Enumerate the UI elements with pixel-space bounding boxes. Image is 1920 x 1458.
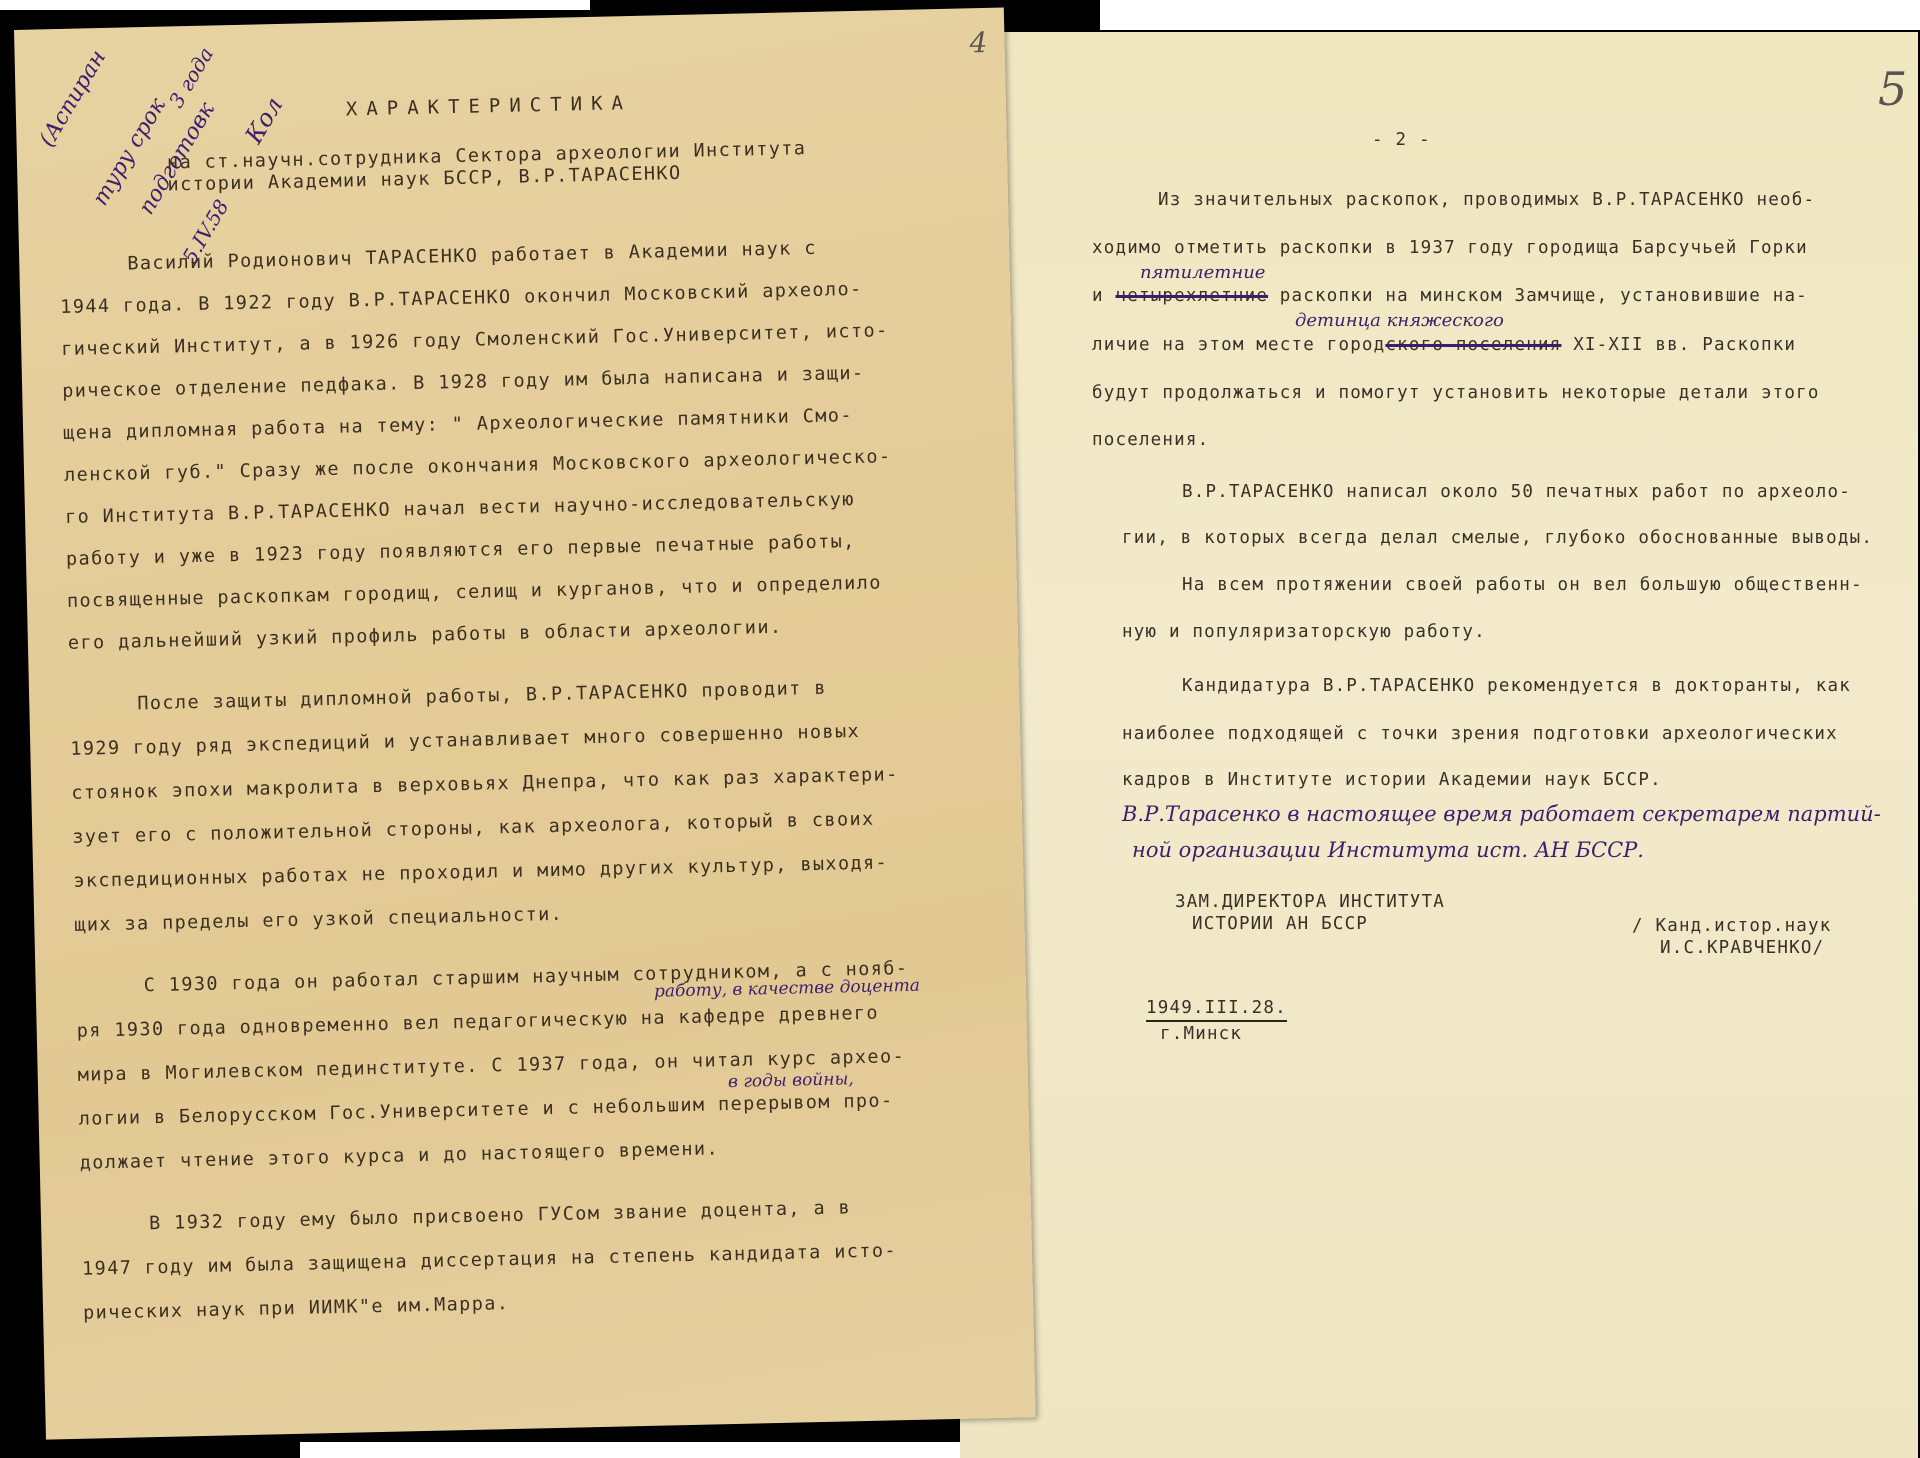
handwritten-note: В.Р.Тарасенко в настоящее время работает… <box>1122 804 1881 825</box>
body-line: будут продолжаться и помогут установить … <box>1092 385 1820 403</box>
body-line: работу и уже в 1923 году появляются его … <box>66 533 856 569</box>
body-line: рических наук при ИИМК"е им.Марра. <box>83 1295 510 1323</box>
handwritten-note: ной организации Института ист. АН БССР. <box>1132 840 1644 861</box>
body-line: ленской губ." Сразу же после окончания М… <box>64 448 892 485</box>
struck-word: ского поселения <box>1385 335 1561 355</box>
body-line: щих за пределы его узкой специальности. <box>74 906 563 936</box>
body-line: го Института В.Р.ТАРАСЕНКО начал вести н… <box>65 491 855 527</box>
document-page-left: 4 (Аспиран туру срок подготовк 3 года Ко… <box>14 8 1036 1440</box>
handwritten-insertion: работу, в качестве доцента <box>654 978 920 1001</box>
page-marker: - 2 - <box>1372 132 1431 150</box>
margin-resolution: 3 года <box>166 44 217 111</box>
body-line: гии, в которых всегда делал смелые, глуб… <box>1122 530 1873 548</box>
body-line: На всем протяжении своей работы он вел б… <box>1182 577 1863 595</box>
body-line: стоянок эпохи макролита в верховьях Днеп… <box>71 766 899 803</box>
document-place: г.Минск <box>1160 1026 1242 1044</box>
body-line: ную и популяризаторскую работу. <box>1122 624 1486 642</box>
body-line: личие на этом месте городского поселения… <box>1092 337 1796 355</box>
body-line: гический Институт, а в 1926 году Смоленс… <box>61 322 889 359</box>
body-line: наиболее подходящей с точки зрения подго… <box>1122 726 1838 744</box>
body-line: ря 1930 года одновременно вел педагогиче… <box>77 1005 880 1042</box>
archive-page-number: 4 <box>969 26 988 59</box>
document-date: 1949.III.28. <box>1146 1000 1287 1022</box>
margin-resolution: Кол <box>241 93 286 147</box>
body-line: посвященные раскопкам городищ, селищ и к… <box>67 574 882 611</box>
body-line: В 1932 году ему было присвоено ГУСом зва… <box>149 1199 851 1233</box>
signature-name: / Канд.истор.наук <box>1632 918 1832 936</box>
body-line: и четырехлетние раскопки на минском Замч… <box>1092 288 1808 306</box>
body-line: В.Р.ТАРАСЕНКО написал около 50 печатных … <box>1182 484 1851 502</box>
body-line: Из значительных раскопок, проводимых В.Р… <box>1158 192 1815 210</box>
signature-position: ИСТОРИИ АН БССР <box>1192 916 1368 934</box>
handwritten-insertion: в годы войны, <box>728 1071 854 1091</box>
signature-position: ЗАМ.ДИРЕКТОРА ИНСТИТУТА <box>1175 894 1445 912</box>
handwritten-insertion: пятилетние <box>1140 264 1265 282</box>
body-line: его дальнейший узкий профиль работы в об… <box>68 619 783 654</box>
body-line: Кандидатура В.Р.ТАРАСЕНКО рекомендуется … <box>1182 678 1851 696</box>
document-title: ХАРАКТЕРИСТИКА <box>346 94 633 119</box>
body-line: 1947 году им была защищена диссертация н… <box>82 1242 897 1279</box>
body-line: зует его с положительной стороны, как ар… <box>72 811 875 848</box>
body-line: логии в Белорусском Гос.Университете и с… <box>79 1092 894 1129</box>
archive-page-number: 5 <box>1878 62 1907 116</box>
body-line: щена дипломная работа на тему: " Археоло… <box>63 407 853 443</box>
body-line: ходимо отметить раскопки в 1937 году гор… <box>1092 240 1808 258</box>
struck-word: четырехлетние <box>1115 286 1268 306</box>
document-page-right: 5 - 2 - Из значительных раскопок, провод… <box>960 32 1918 1458</box>
handwritten-insertion: детинца княжеского <box>1295 312 1504 330</box>
scan-margin <box>1100 0 1920 30</box>
margin-resolution: (Аспиран <box>36 47 110 151</box>
body-line: После защиты дипломной работы, В.Р.ТАРАС… <box>137 680 827 714</box>
body-line: должает чтение этого курса и до настояще… <box>80 1140 720 1173</box>
body-line: кадров в Институте истории Академии наук… <box>1122 772 1662 790</box>
body-line: поселения. <box>1092 432 1209 450</box>
body-line: 1944 года. В 1922 году В.Р.ТАРАСЕНКО око… <box>60 281 863 318</box>
body-line: экспедиционных работах не проходил и мим… <box>73 854 888 891</box>
body-line: Василий Родионович ТАРАСЕНКО работает в … <box>127 240 817 274</box>
scan-margin <box>0 0 590 10</box>
signature-name: И.С.КРАВЧЕНКО/ <box>1660 940 1824 958</box>
body-line: 1929 году ряд экспедиций и устанавливает… <box>70 723 860 759</box>
body-line: рическое отделение педфака. В 1928 году … <box>62 365 865 402</box>
